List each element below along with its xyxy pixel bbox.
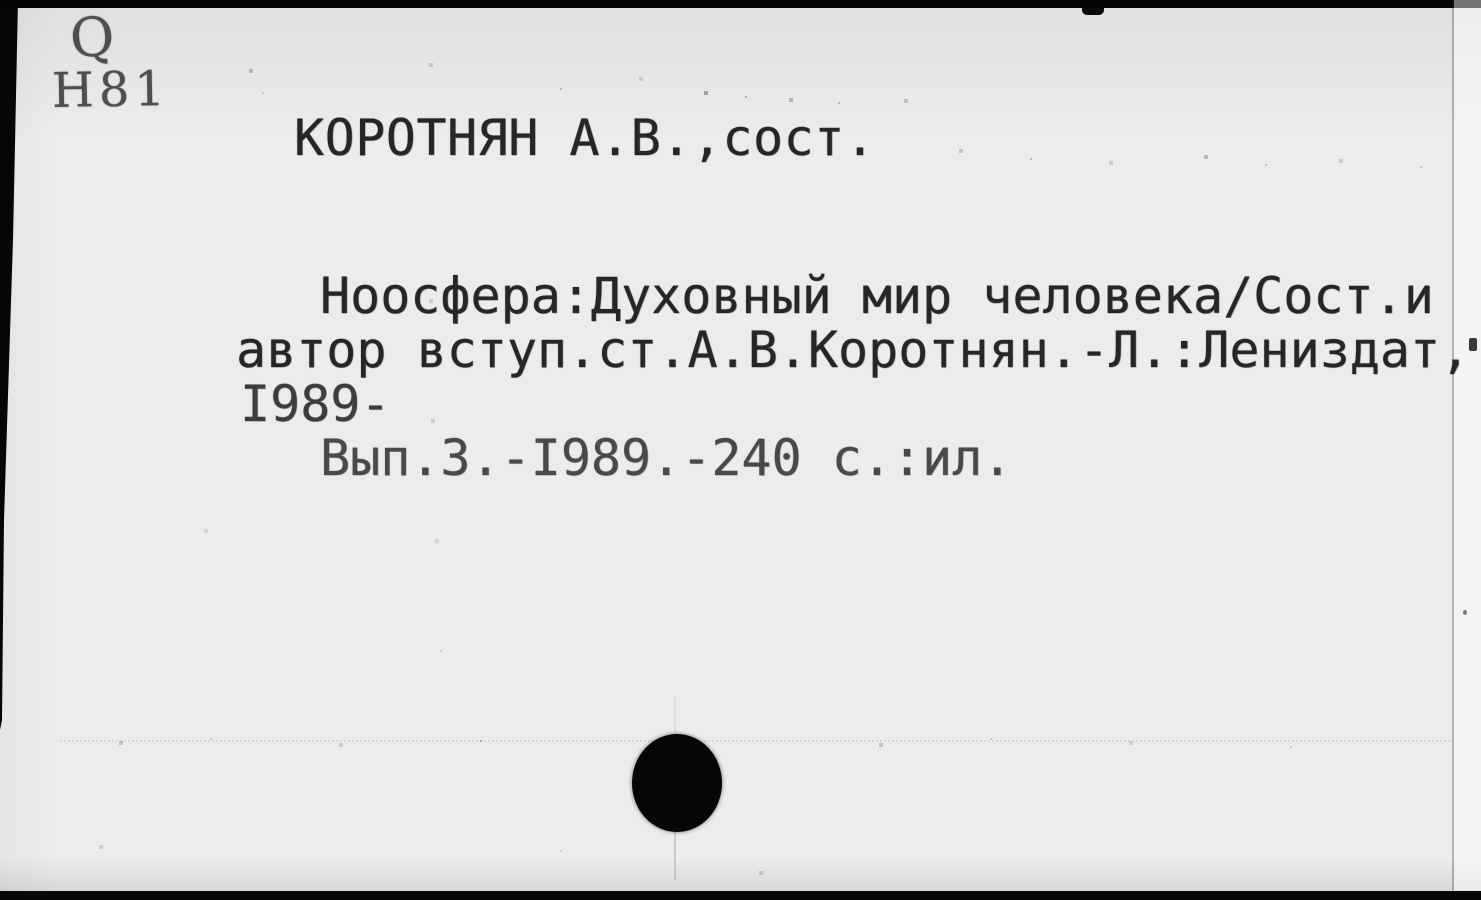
scan-bottom-shade <box>0 858 1481 891</box>
issue-pagination-line: Вып.3.-I989.-240 с.:ил. <box>320 430 1012 486</box>
scan-top-edge-notch <box>1082 8 1104 15</box>
card-right-edge-line <box>1452 0 1454 891</box>
scan-bottom-edge <box>0 891 1481 900</box>
scan-speck <box>1463 610 1467 615</box>
year-line: I989- <box>240 376 391 432</box>
noise-speckles <box>0 0 2 2</box>
pencil-shelf-mark: Н81 <box>52 61 171 119</box>
crease-line-vertical-upper <box>674 696 676 734</box>
scan-top-edge <box>0 0 1481 8</box>
imprint-line: автор вступ.ст.А.В.Коротнян.-Л.:Лениздат… <box>236 322 1470 378</box>
scan-left-edge <box>0 0 22 730</box>
card-right-margin <box>1454 0 1481 891</box>
pencil-class-mark: Q <box>68 5 117 71</box>
crease-line-vertical-lower <box>674 828 676 880</box>
crease-line-horizontal <box>60 740 1450 742</box>
author-heading: КОРОТНЯН А.В.,сост. <box>294 110 875 166</box>
title-statement-line: Ноосфера:Духовный мир человека/Сост.и <box>320 268 1434 324</box>
hole-punch-mark <box>632 734 722 832</box>
catalog-card-scan: Q Н81 КОРОТНЯН А.В.,сост. Ноосфера:Духов… <box>0 0 1481 900</box>
